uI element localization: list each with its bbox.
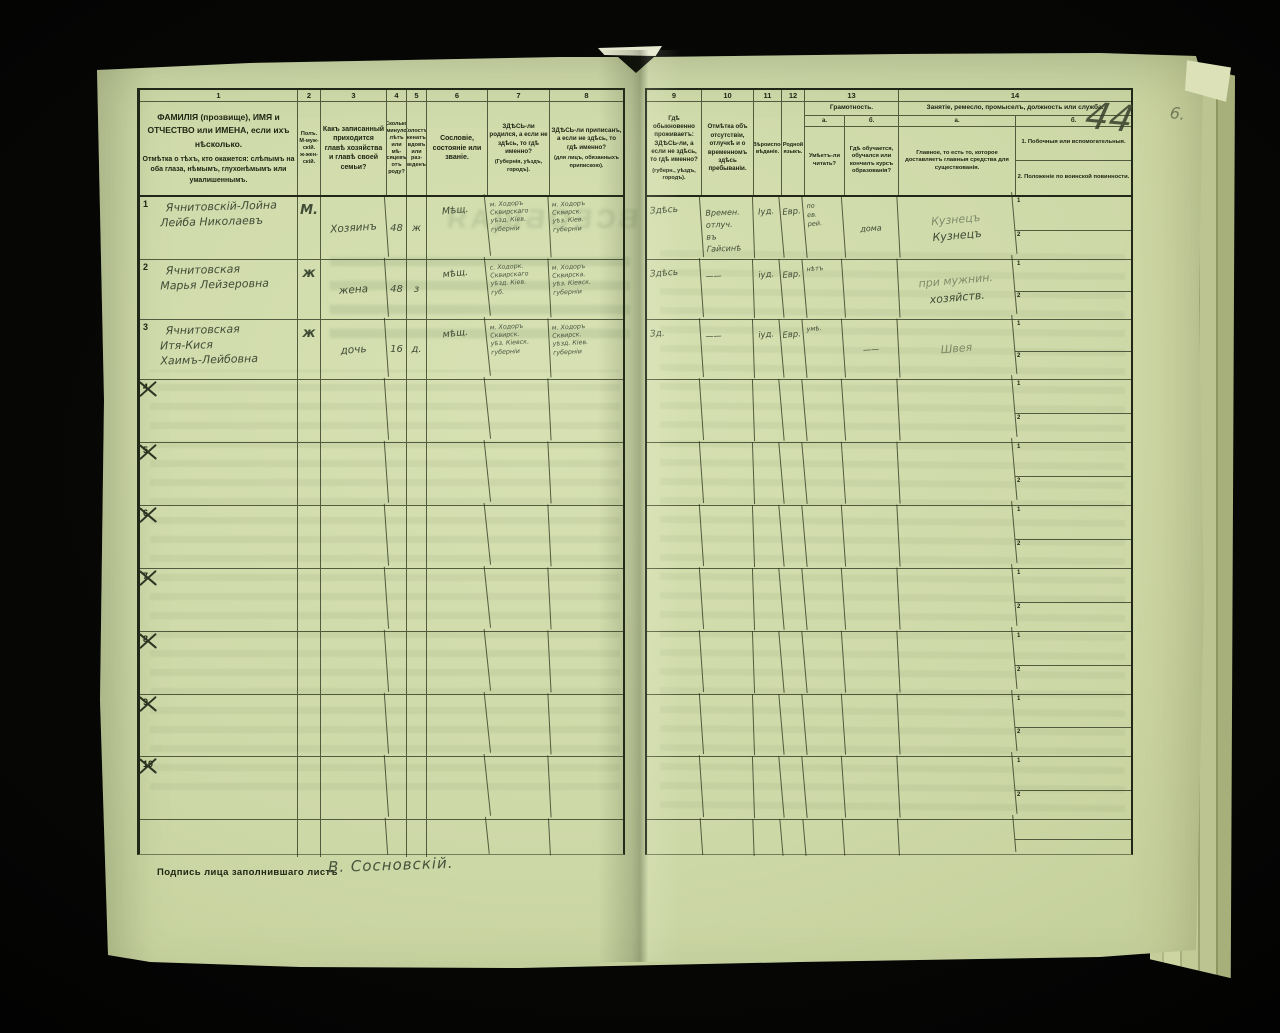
column-number: 7	[488, 90, 550, 101]
cell-relation	[319, 630, 389, 696]
table-row-right: Зд. —— іуд. Евр. умѣ. —— Швея 1 2	[647, 320, 1131, 380]
header-note: (для лицъ, обязанныхъ припискою).	[551, 155, 622, 170]
cell-relation	[319, 441, 389, 507]
sub-text: Умѣетъ-ли читать?	[805, 127, 844, 195]
column-number: 2	[298, 90, 321, 101]
signature-label: Подпись лица заполнившаго листъ	[157, 867, 338, 878]
side-occupation-1: 1	[1015, 320, 1131, 352]
table-row-right: 1 2	[647, 506, 1131, 569]
cell-absence-note: Времен.отлуч.въ Гайсинѣ	[701, 196, 755, 260]
cell-age	[387, 820, 407, 857]
occupation-sub-a: а. Главное, то есть то, которое доставля…	[899, 116, 1016, 195]
sub-row-label: 2	[1017, 604, 1020, 610]
col-header-age: Сколькоминулолѣтъили мѣ-сяцевъотъроду?	[387, 102, 407, 195]
sub-row-label: 1	[1017, 570, 1020, 576]
cell-registration-place: м. ХодоръСквирска.уѣз. Кіевск.губерніи	[549, 258, 625, 321]
cell-age: 48	[387, 260, 407, 319]
cell-estate	[424, 692, 491, 759]
cell-absence-note	[701, 756, 755, 820]
table-row-left	[140, 820, 623, 857]
cell-sex	[298, 632, 321, 694]
cell-main-occupation	[897, 375, 1018, 447]
cell-relation: жена	[319, 258, 389, 321]
side-occupation-2-military	[1015, 840, 1131, 857]
sub-row-label: 2	[1017, 232, 1020, 238]
cell-main-occupation	[897, 438, 1018, 510]
cell-birthplace	[486, 755, 551, 820]
cell-registration-place	[548, 567, 624, 633]
page-behind-sliver	[598, 46, 662, 56]
cell-absence-note	[701, 379, 755, 443]
sub-row-label: 1	[1017, 444, 1020, 450]
cell-age: 16	[387, 320, 407, 379]
table-row-right: 1 2	[647, 632, 1131, 695]
column-number: 11	[754, 90, 782, 101]
cell-estate	[424, 754, 491, 822]
sub-row-label: 1	[1017, 758, 1020, 764]
cell-age	[387, 380, 407, 442]
col-header-religion: Вѣроиспо-вѣданіе.	[754, 102, 782, 195]
cell-registration-place: м. ХодоръСквирск.уѣзд. Кіев.губерніи	[549, 318, 625, 381]
column-number-row: 9 10 11 12 13 14	[647, 90, 1131, 102]
photograph-of-census-sheet: ВСЕОБЩАЯ 1 2 3 4 5 6 7 8 ФАМИЛІЯ (прозви…	[0, 0, 1280, 1033]
cell-main-occupation: при мужнин.хозяйств.	[897, 255, 1018, 324]
cell-education-place	[842, 259, 900, 321]
cell-native-language	[780, 819, 806, 858]
header-text: Отмѣтка объ отсутствіи, отлучкѣ и о врем…	[703, 123, 752, 173]
cell-birthplace	[486, 441, 551, 506]
cross-out-mark	[139, 632, 157, 650]
cell-side-occupation: 1 2	[1015, 757, 1131, 819]
header-text: ЗДѢСЬ-ли родился, а если не здѣсь, то гд…	[489, 123, 548, 156]
sub-row-label: 2	[1017, 792, 1020, 798]
side-occupation-1: 1	[1015, 506, 1131, 540]
cross-out-mark	[139, 757, 157, 775]
cell-can-read: нѣтъ	[803, 259, 846, 321]
cell-sex	[298, 820, 321, 857]
cell-residence	[645, 567, 704, 633]
sub-label: а.	[805, 116, 844, 127]
cell-side-occupation: 1 2	[1015, 569, 1131, 631]
cell-sex	[298, 506, 321, 568]
cell-education-place	[842, 379, 900, 444]
col-header-name: ФАМИЛІЯ (прозвище), ИМЯ и ОТЧЕСТВО или И…	[140, 102, 298, 195]
cell-absence-note	[701, 568, 755, 632]
cell-name: 3 ЯчнитовскаяИтя-КисяХаимъ-Лейбовна	[140, 320, 298, 379]
entry-name: Ячнитовскій-ЛойнаЛейба Николаевъ	[140, 195, 298, 232]
cell-relation: дочь	[319, 318, 389, 381]
cell-name: 4	[140, 380, 298, 442]
handwritten-corner-note: 6.	[1169, 103, 1187, 124]
cell-can-read	[803, 631, 846, 696]
cross-out-mark	[139, 695, 157, 713]
cell-education-place	[842, 442, 900, 507]
cell-estate	[424, 440, 491, 508]
cell-side-occupation: 1 2	[1015, 506, 1131, 568]
cell-residence: Здѣсь	[645, 195, 704, 261]
cell-main-occupation	[897, 501, 1018, 573]
cell-birthplace	[486, 378, 551, 443]
column-number: 4	[387, 90, 407, 101]
column-number: 12	[782, 90, 805, 101]
cell-sex	[298, 569, 321, 631]
col-header-relation: Какъ записанный приходится главѣ хозяйст…	[321, 102, 387, 195]
cell-absence-note: ——	[701, 259, 755, 320]
col-header-language: Роднойязыкъ.	[782, 102, 805, 195]
cell-estate	[424, 629, 491, 697]
cell-name: 1 Ячнитовскій-ЛойнаЛейба Николаевъ	[140, 197, 298, 259]
side-occupation-1: 1	[1015, 260, 1131, 292]
cell-birthplace: м. ХодоръСквирск.уѣз. Кіевск.губерніи	[486, 318, 551, 380]
row-number: 3	[143, 322, 148, 332]
literacy-sub-b: б. Гдѣ обучается, обучался или кончилъ к…	[845, 116, 898, 195]
side-occupation-2-military: 2	[1015, 603, 1131, 631]
table-row-left: 4	[140, 380, 623, 443]
sub-row-label: 1	[1017, 696, 1020, 702]
cell-sex	[298, 443, 321, 505]
cell-education-place	[842, 631, 900, 696]
table-body-right: Здѣсь Времен.отлуч.въ Гайсинѣ Іуд. Евр. …	[647, 197, 1131, 857]
col-header-sex: Полъ.М-муж-скій.ж-жен-скій.	[298, 102, 321, 195]
cell-registration-place	[548, 755, 624, 821]
cell-registration-place	[548, 441, 624, 507]
cell-education-place	[842, 694, 900, 758]
sub-row-label: 2	[1017, 415, 1020, 421]
cell-side-occupation: 1 2	[1015, 632, 1131, 694]
cell-side-occupation: 1 2	[1015, 380, 1131, 442]
cross-out-mark	[139, 380, 157, 398]
cell-residence: Здѣсь	[645, 258, 704, 321]
sub-text: Главное, то есть то, которое доставляетъ…	[899, 127, 1015, 195]
cell-residence	[645, 630, 704, 696]
table-row-left: 3 ЯчнитовскаяИтя-КисяХаимъ-Лейбовна ж до…	[140, 320, 623, 380]
cross-out-mark	[139, 443, 157, 461]
cross-out-mark	[139, 569, 157, 587]
sub-row-label: 2	[1017, 353, 1020, 359]
header-note: (губерн., уѣздъ, городъ).	[648, 168, 700, 183]
cell-sex	[298, 380, 321, 442]
cell-age	[387, 632, 407, 694]
header-text: ФАМИЛІЯ (прозвище), ИМЯ и ОТЧЕСТВО или И…	[141, 111, 296, 152]
header-note: Отмѣтка о тѣхъ, кто окажется: слѣпымъ на…	[141, 155, 296, 187]
cell-age	[387, 569, 407, 631]
cell-name: 2 ЯчнитовскаяМарья Лейзеровна	[140, 260, 298, 319]
cell-birthplace	[486, 630, 551, 695]
sub-row-label: 1	[1017, 507, 1020, 513]
column-number: 3	[321, 90, 387, 101]
column-number: 13	[805, 90, 899, 101]
table-row-left: 1 Ячнитовскій-ЛойнаЛейба Николаевъ М. Хо…	[140, 197, 623, 260]
cell-birthplace	[486, 693, 551, 757]
header-title: Грамотность.	[805, 102, 898, 116]
cell-birthplace: с. Ходорк.Сквирскагоуѣзд. Кіев.губ.	[486, 258, 551, 320]
census-table-left-page: 1 2 3 4 5 6 7 8 ФАМИЛІЯ (прозвище), ИМЯ …	[137, 88, 625, 855]
side-occupation-2-military: 2	[1015, 540, 1131, 568]
cell-side-occupation: 1 2	[1015, 197, 1131, 259]
cell-estate: мѣщ.	[424, 257, 491, 322]
cell-education-place	[842, 568, 900, 633]
col-header-residence: Гдѣ обыкновенно проживаетъ: ЗДѢСЬ-ли, а …	[647, 102, 702, 195]
cell-residence	[645, 755, 704, 821]
cell-sex: ж	[298, 260, 321, 319]
table-row-right: Здѣсь Времен.отлуч.въ Гайсинѣ Іуд. Евр. …	[647, 197, 1131, 260]
cell-absence-note	[701, 694, 755, 757]
cell-residence	[645, 693, 704, 758]
row-number: 1	[143, 199, 148, 209]
cell-name: 5	[140, 443, 298, 505]
census-table-right-page: 9 10 11 12 13 14 Гдѣ обыкновенно прожива…	[645, 88, 1133, 855]
cell-name: 10	[140, 757, 298, 819]
cell-absence-note	[701, 631, 755, 695]
cell-estate	[424, 566, 491, 634]
sub-row-label: 2	[1017, 667, 1020, 673]
table-row-right: 1 2	[647, 695, 1131, 757]
sub-row-label: 1	[1017, 261, 1020, 267]
table-row-right: Здѣсь —— іуд. Евр. нѣтъ при мужнин.хозяй…	[647, 260, 1131, 320]
cell-age	[387, 443, 407, 505]
literacy-sub-a: а. Умѣетъ-ли читать?	[805, 116, 845, 195]
cell-name: 6	[140, 506, 298, 568]
entry-name: ЯчнитовскаяМарья Лейзеровна	[140, 258, 298, 295]
header-note: (Губернія, уѣздъ, городъ).	[489, 159, 548, 174]
side-occupation-2-military: 2	[1015, 231, 1131, 259]
cell-absence-note	[701, 819, 754, 858]
cell-education-place	[843, 819, 900, 859]
table-row-right	[647, 820, 1131, 857]
cross-out-mark	[139, 506, 157, 524]
cell-main-occupation: КузнецъКузнецъ	[897, 192, 1018, 264]
cell-registration-place	[548, 378, 624, 444]
sub-text: Гдѣ обучается, обучался или кончилъ курс…	[845, 127, 898, 195]
column-number: 1	[140, 90, 298, 101]
cell-side-occupation: 1 2	[1015, 695, 1131, 756]
cell-name: 8	[140, 632, 298, 694]
cell-name: 9	[140, 695, 298, 756]
col-header-registration: ЗДѢСЬ-ли приписанъ, а если не здѣсь, то …	[550, 102, 623, 195]
sub-label: а.	[899, 116, 1015, 127]
cell-main-occupation: Швея	[897, 315, 1018, 384]
side-occupation-2-military: 2	[1015, 477, 1131, 505]
column-number: 5	[407, 90, 427, 101]
cell-estate: мѣщ.	[424, 317, 491, 382]
cell-age	[387, 695, 407, 756]
cell-registration-place	[548, 630, 624, 696]
table-row-left: 10	[140, 757, 623, 820]
cell-education-place: ——	[842, 319, 900, 381]
cell-can-read	[803, 568, 846, 633]
col-header-marital: Холостъ,женатъ,вдовъили раз-веденъ.	[407, 102, 427, 195]
cell-birthplace	[486, 567, 551, 632]
cell-relation	[319, 567, 389, 633]
side-occupation-1: 1	[1015, 197, 1131, 231]
cell-age	[387, 757, 407, 819]
table-row-right: 1 2	[647, 569, 1131, 632]
entry-name: ЯчнитовскаяИтя-КисяХаимъ-Лейбовна	[139, 318, 297, 370]
cell-main-occupation	[897, 627, 1018, 699]
side-occupation-2-military: 2	[1015, 666, 1131, 694]
table-row-left: 8	[140, 632, 623, 695]
table-row-right: 1 2	[647, 757, 1131, 820]
side-occupation-1: 1	[1015, 632, 1131, 666]
cell-can-read	[803, 694, 846, 758]
col-header-absence: Отмѣтка объ отсутствіи, отлучкѣ и о врем…	[702, 102, 754, 195]
sub-row-label: 2	[1017, 541, 1020, 547]
cell-sex: ж	[298, 320, 321, 379]
sub-row-label: 2	[1017, 478, 1020, 484]
table-header-right: Гдѣ обыкновенно проживаетъ: ЗДѢСЬ-ли, а …	[647, 102, 1131, 197]
table-row-left: 7	[140, 569, 623, 632]
header-text: ЗДѢСЬ-ли приписанъ, а если не здѣсь, то …	[551, 127, 622, 152]
table-row-right: 1 2	[647, 380, 1131, 443]
cell-side-occupation: 1 2	[1015, 443, 1131, 505]
cell-residence	[645, 504, 704, 570]
col-header-literacy: Грамотность. а. Умѣетъ-ли читать? б. Гдѣ…	[805, 102, 899, 195]
cell-birthplace	[487, 818, 551, 858]
cell-relation	[319, 755, 389, 821]
cell-residence	[646, 818, 703, 859]
cell-sex	[298, 757, 321, 819]
header-text: Какъ записанный приходится главѣ хозяйст…	[322, 125, 385, 172]
cell-registration-place	[548, 693, 624, 758]
sub-row-label: 1	[1017, 381, 1020, 387]
handwritten-sheet-number: 44	[1081, 94, 1138, 140]
cell-religion	[752, 819, 783, 858]
cell-residence	[645, 378, 704, 444]
cell-education-place	[842, 756, 900, 821]
cell-estate	[424, 503, 491, 571]
side-occupation-2-military: 2	[1015, 292, 1131, 319]
cell-education-place: дома	[842, 196, 900, 261]
cell-absence-note	[701, 442, 755, 506]
side-occupation-1: 1	[1015, 380, 1131, 414]
side-occupation-1: 1	[1015, 443, 1131, 477]
cell-can-read: умѣ.	[803, 319, 846, 381]
table-header-left: ФАМИЛІЯ (прозвище), ИМЯ и ОТЧЕСТВО или И…	[140, 102, 623, 197]
side-occupation-2-military: 2	[1015, 414, 1131, 442]
cell-birthplace: м. ХодоръСквирскагоуѣзд. Кіев.губерніи	[486, 195, 551, 260]
col-header-birthplace: ЗДѢСЬ-ли родился, а если не здѣсь, то гд…	[488, 102, 550, 195]
cell-residence	[645, 441, 704, 507]
side-occupation-2-military: 2	[1015, 352, 1131, 379]
column-number: 9	[647, 90, 702, 101]
sub-row-label: 1	[1017, 321, 1020, 327]
table-row-left: 6	[140, 506, 623, 569]
sub-row-label: 2	[1017, 293, 1020, 299]
cell-absence-note	[701, 505, 755, 569]
cell-relation	[319, 693, 389, 758]
side-occupation-1: 1	[1015, 569, 1131, 603]
cell-can-read	[804, 819, 845, 859]
cell-estate: Мѣщ.	[424, 194, 491, 262]
cell-age: 48	[387, 197, 407, 259]
table-row-left: 9	[140, 695, 623, 757]
side-occupation-1: 1	[1015, 695, 1131, 728]
cell-registration-place	[548, 504, 624, 570]
cell-can-read	[803, 505, 846, 570]
cell-age	[387, 506, 407, 568]
header-text: Сословіе, состояніе или званіе.	[428, 134, 486, 162]
row-number: 2	[143, 262, 148, 272]
cell-marital-status	[407, 820, 427, 857]
cell-main-occupation	[897, 752, 1018, 824]
cell-sex	[298, 695, 321, 756]
sub-row-label: 2	[1017, 729, 1020, 735]
cell-side-occupation	[1015, 820, 1131, 857]
side-occupation-2-military: 2	[1015, 791, 1131, 819]
cell-main-occupation	[897, 690, 1018, 761]
sub-row-label: 1	[1017, 633, 1020, 639]
cell-side-occupation: 1 2	[1015, 260, 1131, 319]
cell-side-occupation: 1 2	[1015, 320, 1131, 379]
cell-birthplace	[486, 504, 551, 569]
col-header-estate: Сословіе, состояніе или званіе.	[427, 102, 488, 195]
sub-label: б.	[845, 116, 898, 127]
side-occupation-1: 1	[1015, 757, 1131, 791]
cell-name	[140, 820, 298, 857]
table-body-left: 1 Ячнитовскій-ЛойнаЛейба Николаевъ М. Хо…	[140, 197, 623, 857]
cell-can-read	[803, 756, 846, 821]
cell-main-occupation	[897, 564, 1018, 636]
cell-relation: Хозяинъ	[319, 195, 389, 261]
cell-registration-place	[549, 818, 624, 859]
cell-name: 7	[140, 569, 298, 631]
cell-relation	[320, 818, 388, 860]
side-occupation-2-military: 2	[1015, 728, 1131, 756]
cell-education-place	[842, 505, 900, 570]
column-number: 6	[427, 90, 488, 101]
cell-registration-place: м. ХодоръСквирск.уѣз. Кіев.губерніи	[548, 195, 624, 261]
cell-can-read	[803, 442, 846, 507]
column-number-row: 1 2 3 4 5 6 7 8	[140, 90, 623, 102]
cell-can-read	[803, 379, 846, 444]
header-text: Гдѣ обыкновенно проживаетъ: ЗДѢСЬ-ли, а …	[648, 115, 700, 165]
cell-residence: Зд.	[645, 318, 704, 381]
cell-sex: М.	[298, 197, 321, 259]
column-number: 8	[550, 90, 623, 101]
cell-relation	[319, 504, 389, 570]
sub-row-label: 1	[1017, 198, 1020, 204]
table-row-left: 2 ЯчнитовскаяМарья Лейзеровна ж жена 48 …	[140, 260, 623, 320]
side-occupation-1	[1015, 820, 1131, 840]
cell-relation	[319, 378, 389, 444]
table-row-right: 1 2	[647, 443, 1131, 506]
cell-absence-note: ——	[701, 319, 755, 380]
column-number: 10	[702, 90, 754, 101]
cell-estate	[424, 377, 491, 445]
cell-can-read: поев.рей.	[803, 196, 846, 261]
table-row-left: 5	[140, 443, 623, 506]
sub-text-military: 2. Положеніе по воинской повинности.	[1016, 161, 1131, 195]
